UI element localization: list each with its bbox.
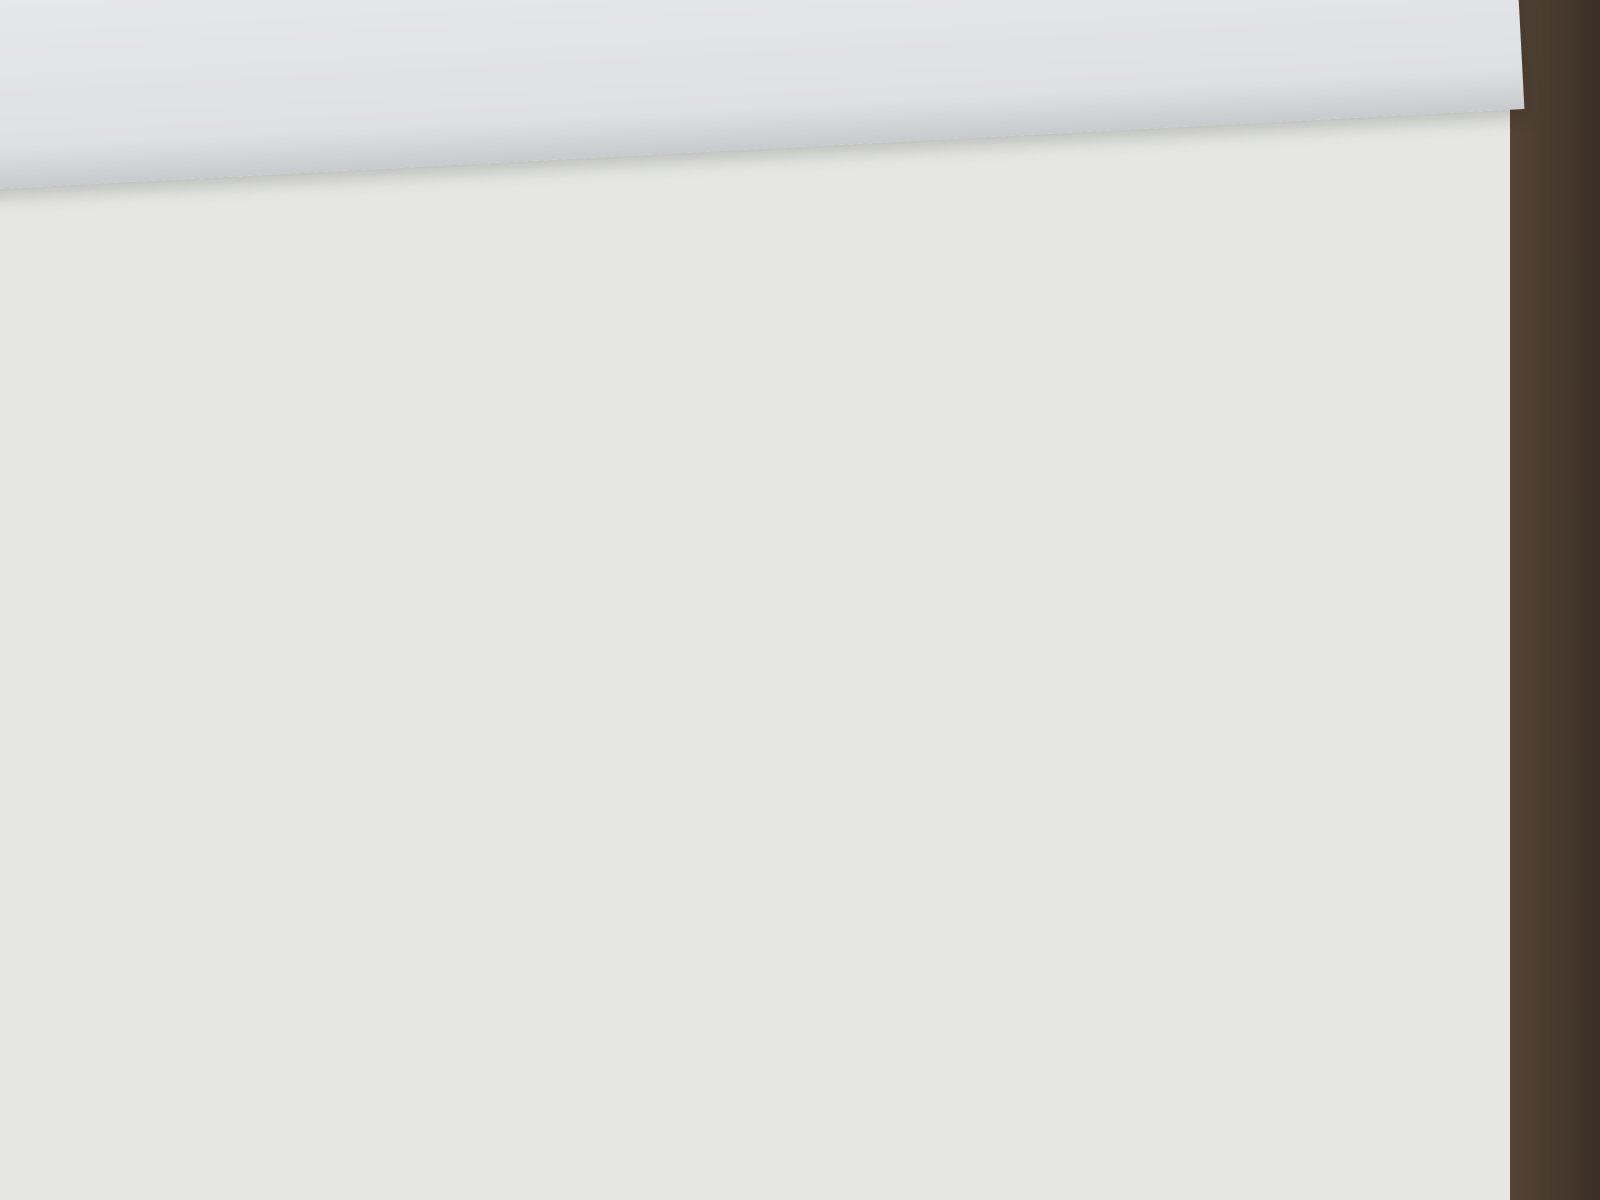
document-page [0, 100, 1510, 1200]
